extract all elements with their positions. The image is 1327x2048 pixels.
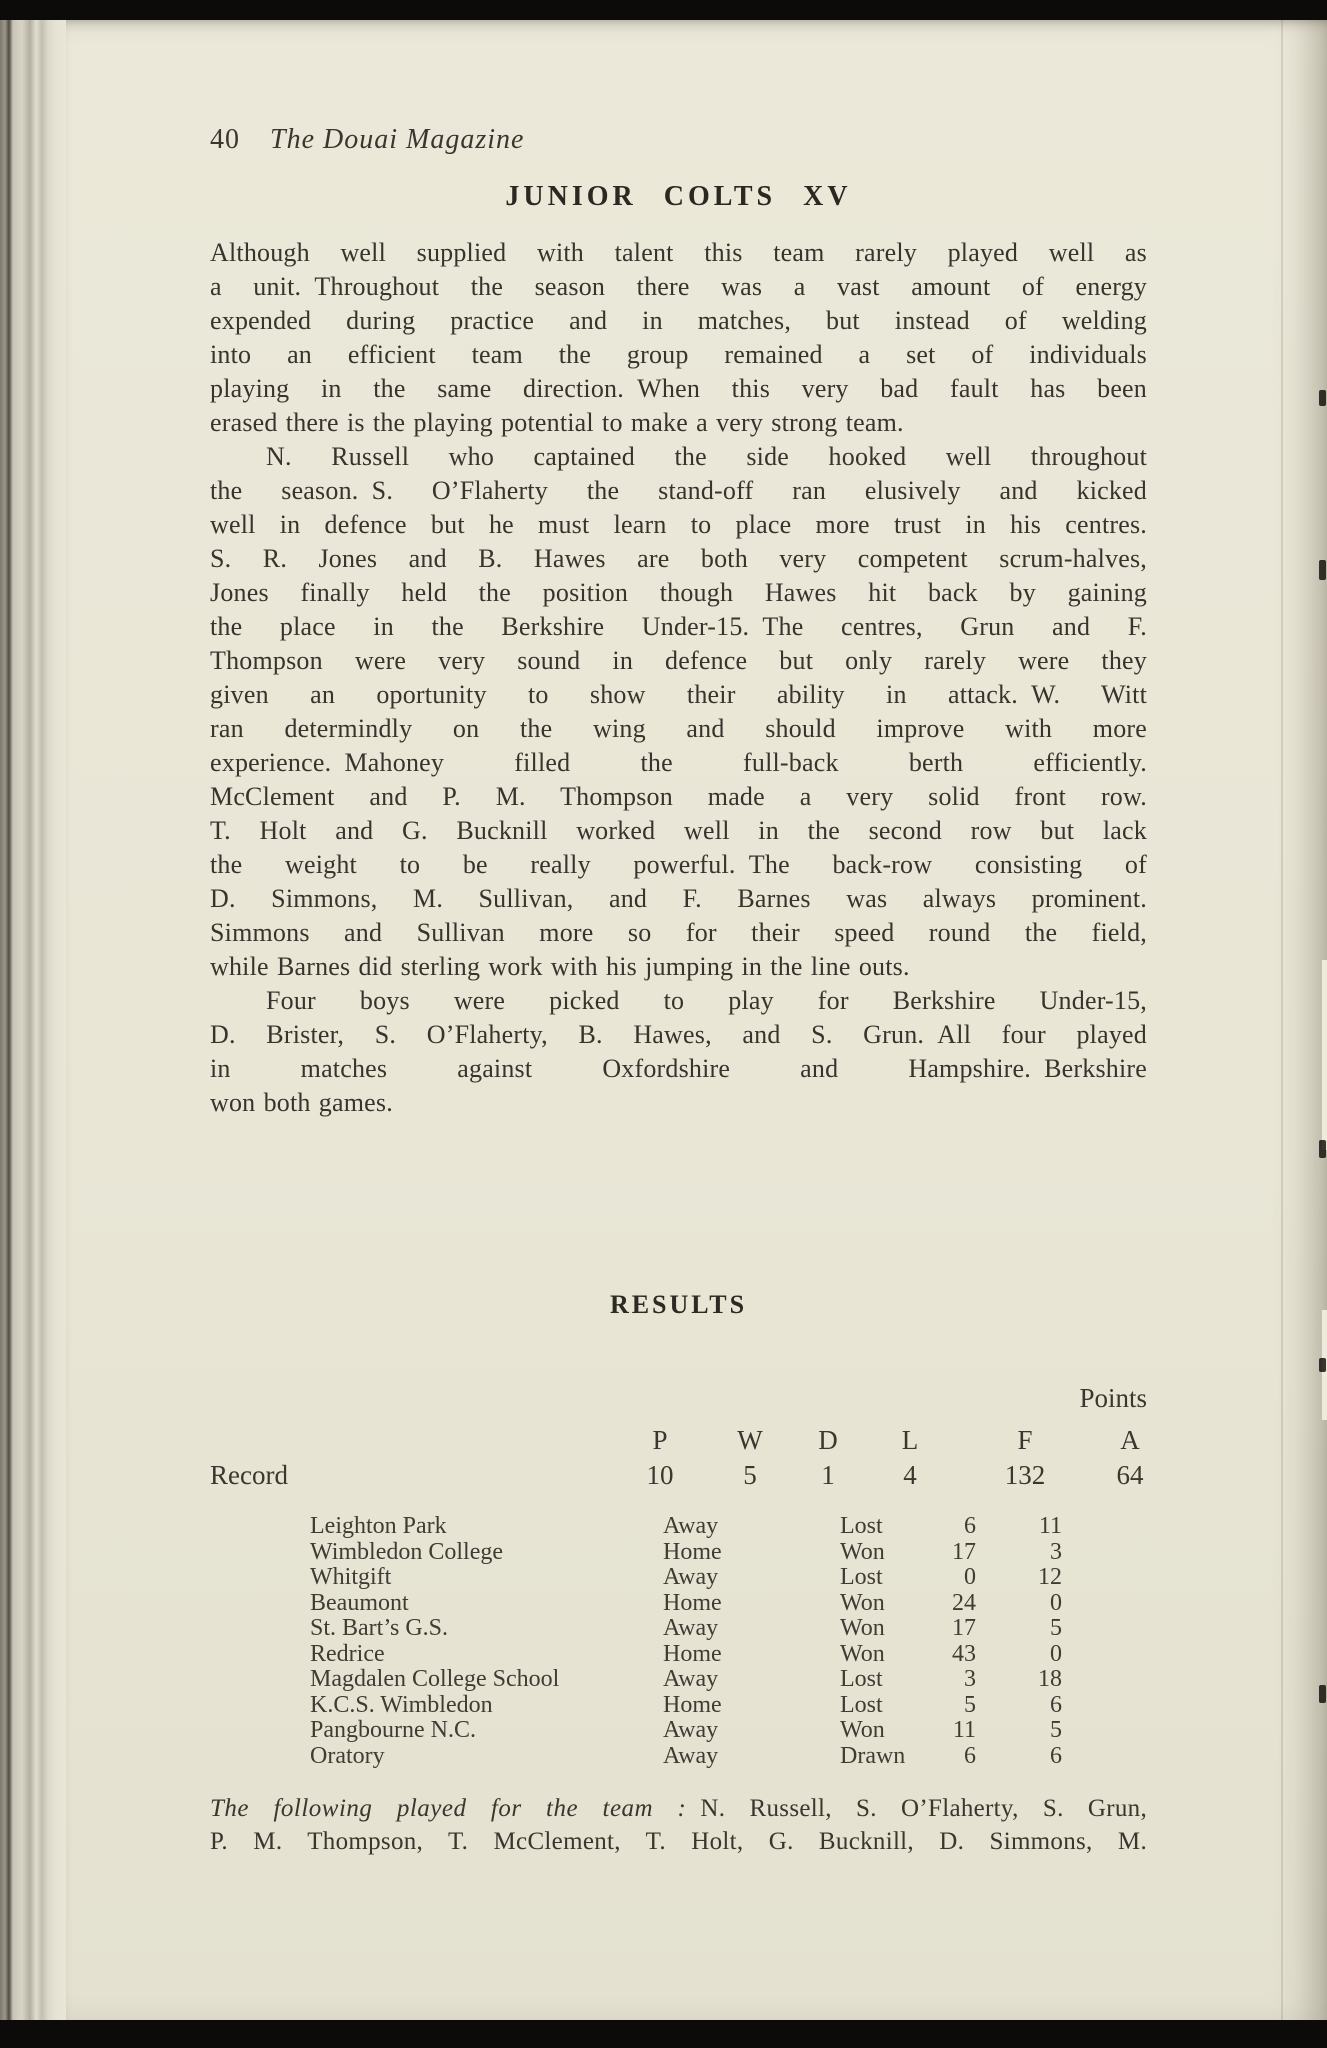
page-edge-shadow-mark <box>1319 390 1326 406</box>
body-text-line: experience. Mahoney filled the full-back… <box>210 746 1147 780</box>
summary-column-header: P <box>652 1425 667 1456</box>
record-value: 1 <box>821 1460 835 1491</box>
page-edge-highlight <box>1322 960 1327 1150</box>
match-result: Won <box>840 1717 885 1744</box>
match-opponent: St. Bart’s G.S. <box>310 1615 448 1642</box>
match-points-for: 0 <box>900 1564 976 1591</box>
match-points-against: 5 <box>986 1717 1062 1744</box>
match-points-against: 5 <box>986 1615 1062 1642</box>
record-value: 64 <box>1117 1460 1144 1491</box>
match-points-for: 6 <box>900 1743 976 1770</box>
match-points-for: 5 <box>900 1692 976 1719</box>
page-edge-shadow-mark <box>1319 560 1326 580</box>
record-row-label: Record <box>210 1460 288 1491</box>
match-points-for: 24 <box>900 1590 976 1617</box>
match-result: Drawn <box>840 1743 905 1770</box>
match-points-against: 6 <box>986 1692 1062 1719</box>
summary-column-header: L <box>902 1425 919 1456</box>
summary-column-header: D <box>818 1425 838 1456</box>
match-row: Leighton ParkAwayLost611 <box>66 1513 1327 1539</box>
match-row: WhitgiftAwayLost012 <box>66 1564 1327 1590</box>
match-points-against: 3 <box>986 1539 1062 1566</box>
match-result: Won <box>840 1539 885 1566</box>
match-result: Lost <box>840 1692 883 1719</box>
players-note-line-1: The following played for the team :N. Ru… <box>210 1792 1147 1825</box>
body-text-line: D. Brister, S. O’Flaherty, B. Hawes, and… <box>210 1018 1147 1052</box>
match-venue: Away <box>663 1717 718 1744</box>
match-row: Wimbledon CollegeHomeWon173 <box>66 1539 1327 1565</box>
match-row: K.C.S. WimbledonHomeLost56 <box>66 1692 1327 1718</box>
running-header: 40The Douai Magazine <box>210 124 524 156</box>
match-opponent: Pangbourne N.C. <box>310 1717 476 1744</box>
match-row: Magdalen College SchoolAwayLost318 <box>66 1666 1327 1692</box>
body-text-line: D. Simmons, M. Sullivan, and F. Barnes w… <box>210 882 1147 916</box>
match-opponent: Magdalen College School <box>310 1666 559 1693</box>
record-value: 10 <box>647 1460 674 1491</box>
record-value: 5 <box>743 1460 757 1491</box>
body-text-line: in matches against Oxfordshire and Hamps… <box>210 1052 1147 1086</box>
match-venue: Home <box>663 1539 722 1566</box>
match-points-against: 11 <box>986 1513 1062 1540</box>
match-venue: Away <box>663 1564 718 1591</box>
body-text-line: playing in the same direction. When this… <box>210 372 1147 406</box>
match-opponent: Oratory <box>310 1743 385 1770</box>
record-summary-row: Record 1051413264 <box>66 1460 1327 1496</box>
body-text-line: N. Russell who captained the side hooked… <box>210 440 1147 474</box>
match-opponent: Whitgift <box>310 1564 391 1591</box>
match-result: Lost <box>840 1564 883 1591</box>
body-text-line: expended during practice and in matches,… <box>210 304 1147 338</box>
match-venue: Away <box>663 1513 718 1540</box>
body-text-line: erased there is the playing potential to… <box>210 406 1147 440</box>
match-result: Lost <box>840 1666 883 1693</box>
body-text-line: T. Holt and G. Bucknill worked well in t… <box>210 814 1147 848</box>
match-points-for: 3 <box>900 1666 976 1693</box>
points-column-group-label: Points <box>1079 1383 1147 1414</box>
match-points-against: 0 <box>986 1641 1062 1668</box>
match-points-against: 0 <box>986 1590 1062 1617</box>
body-text-line: the season. S. O’Flaherty the stand-off … <box>210 474 1147 508</box>
body-text-line: Thompson were very sound in defence but … <box>210 644 1147 678</box>
body-text-line: Jones finally held the position though H… <box>210 576 1147 610</box>
match-row: Pangbourne N.C.AwayWon115 <box>66 1717 1327 1743</box>
match-row: BeaumontHomeWon240 <box>66 1590 1327 1616</box>
match-opponent: Wimbledon College <box>310 1539 503 1566</box>
players-note-lead: The following played for the team : <box>210 1795 686 1822</box>
match-points-for: 17 <box>900 1615 976 1642</box>
body-text-line: a unit. Throughout the season there was … <box>210 270 1147 304</box>
body-text-line: Four boys were picked to play for Berksh… <box>210 984 1147 1018</box>
summary-column-headers: PWDLFA <box>66 1425 1327 1461</box>
summary-column-header: F <box>1017 1425 1032 1456</box>
article-title: JUNIOR COLTS XV <box>210 181 1147 213</box>
body-text-line: the place in the Berkshire Under-15. The… <box>210 610 1147 644</box>
match-points-against: 12 <box>986 1564 1062 1591</box>
match-points-for: 43 <box>900 1641 976 1668</box>
page-number: 40 <box>210 124 240 156</box>
match-points-for: 17 <box>900 1539 976 1566</box>
match-points-against: 18 <box>986 1666 1062 1693</box>
match-opponent: Redrice <box>310 1641 385 1668</box>
record-value: 132 <box>1005 1460 1046 1491</box>
match-venue: Away <box>663 1743 718 1770</box>
magazine-sheet: 40The Douai Magazine JUNIOR COLTS XV Alt… <box>66 20 1327 2020</box>
match-venue: Away <box>663 1615 718 1642</box>
players-note-names-1: N. Russell, S. O’Flaherty, S. Grun, <box>700 1795 1147 1822</box>
match-result: Won <box>840 1615 885 1642</box>
players-note: The following played for the team :N. Ru… <box>210 1792 1147 1858</box>
body-text-line: into an efficient team the group remaine… <box>210 338 1147 372</box>
match-opponent: Leighton Park <box>310 1513 447 1540</box>
results-heading: RESULTS <box>210 1290 1147 1320</box>
body-text-line: given an oportunity to show their abilit… <box>210 678 1147 712</box>
magazine-title: The Douai Magazine <box>270 124 524 155</box>
summary-column-header: W <box>737 1425 762 1456</box>
match-row: OratoryAwayDrawn66 <box>66 1743 1327 1769</box>
page-edge-shadow-mark <box>1319 1140 1326 1158</box>
match-points-for: 6 <box>900 1513 976 1540</box>
match-row: St. Bart’s G.S.AwayWon175 <box>66 1615 1327 1641</box>
match-venue: Home <box>663 1692 722 1719</box>
article-body: Although well supplied with talent this … <box>210 236 1147 1120</box>
body-text-line: the weight to be really powerful. The ba… <box>210 848 1147 882</box>
match-result: Won <box>840 1641 885 1668</box>
record-value: 4 <box>903 1460 917 1491</box>
body-text-line: McClement and P. M. Thompson made a very… <box>210 780 1147 814</box>
book-left-page-edges <box>0 20 66 2020</box>
body-text-line: S. R. Jones and B. Hawes are both very c… <box>210 542 1147 576</box>
match-points-for: 11 <box>900 1717 976 1744</box>
players-note-line-2: P. M. Thompson, T. McClement, T. Holt, G… <box>210 1825 1147 1858</box>
summary-column-header: A <box>1120 1425 1140 1456</box>
match-venue: Away <box>663 1666 718 1693</box>
match-opponent: Beaumont <box>310 1590 409 1617</box>
match-venue: Home <box>663 1641 722 1668</box>
match-result: Won <box>840 1590 885 1617</box>
scanned-magazine-page: 40The Douai Magazine JUNIOR COLTS XV Alt… <box>0 0 1327 2048</box>
body-text-line: Simmons and Sullivan more so for their s… <box>210 916 1147 950</box>
body-text-line: won both games. <box>210 1086 1147 1120</box>
match-results-table: Leighton ParkAwayLost611Wimbledon Colleg… <box>66 1513 1327 1768</box>
match-result: Lost <box>840 1513 883 1540</box>
match-venue: Home <box>663 1590 722 1617</box>
body-text-line: ran determindly on the wing and should i… <box>210 712 1147 746</box>
body-text-line: well in defence but he must learn to pla… <box>210 508 1147 542</box>
match-points-against: 6 <box>986 1743 1062 1770</box>
body-text-line: while Barnes did sterling work with his … <box>210 950 1147 984</box>
match-opponent: K.C.S. Wimbledon <box>310 1692 493 1719</box>
body-text-line: Although well supplied with talent this … <box>210 236 1147 270</box>
page-edge-shadow-mark <box>1319 1358 1326 1372</box>
match-row: RedriceHomeWon430 <box>66 1641 1327 1667</box>
